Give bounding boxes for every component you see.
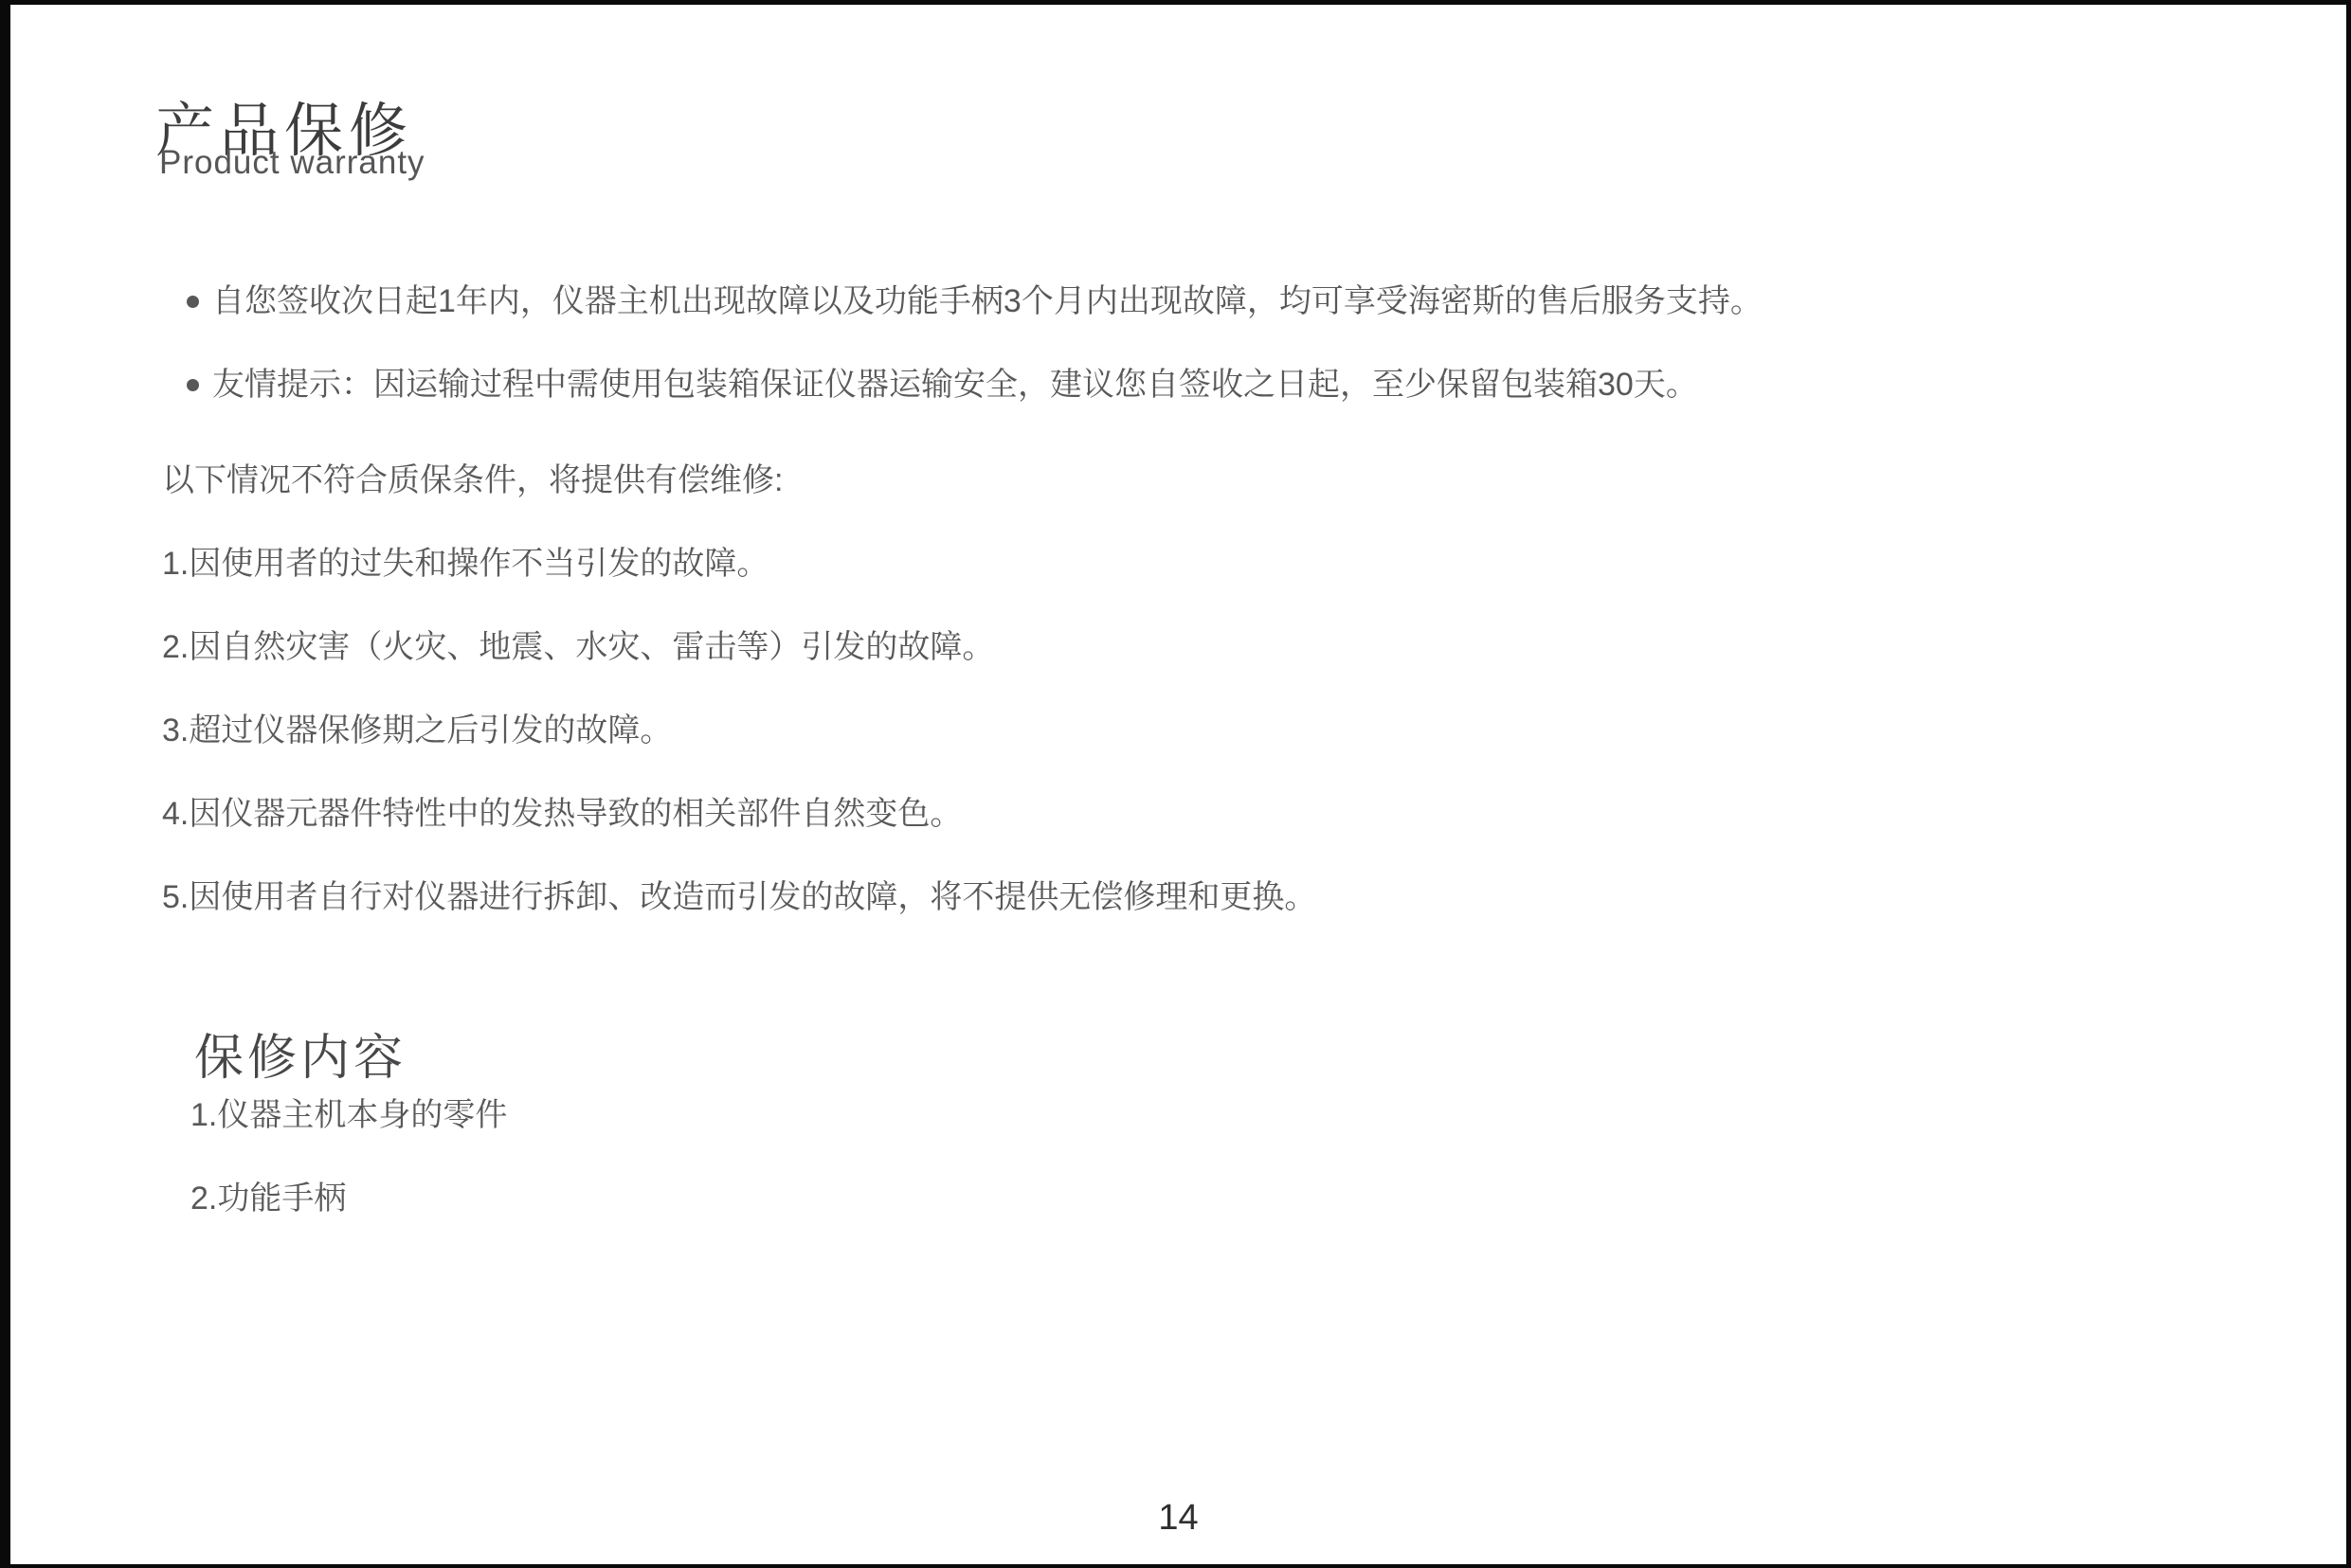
paid-repair-item: 1.因使用者的过失和操作不当引发的故障。 [162,545,769,583]
warranty-content-item: 1.仪器主机本身的零件 [190,1096,507,1134]
page-subtitle: Product warranty [159,143,425,183]
paid-repair-item: 4.因仪器元器件特性中的发热导致的相关部件自然变色。 [162,795,962,833]
bullet-item-text: 友情提示：因运输过程中需使用包装箱保证仪器运输安全，建议您自签收之日起，至少保留… [212,366,1698,404]
bullet-dot-icon [187,379,199,391]
paid-repair-item: 2.因自然灾害（火灾、地震、水灾、雷击等）引发的故障。 [162,628,994,666]
bullet-item-text: 自您签收次日起1年内，仪器主机出现故障以及功能手柄3个月内出现故障，均可享受海密… [212,282,1763,320]
bullet-dot-icon [187,296,199,308]
warranty-content-heading: 保修内容 [194,1029,407,1088]
paid-repair-item: 5.因使用者自行对仪器进行拆卸、改造而引发的故障，将不提供无偿修理和更换。 [162,878,1316,916]
page-number: 14 [10,1498,2346,1539]
warranty-content-item: 2.功能手柄 [190,1180,346,1217]
paid-repair-item: 3.超过仪器保修期之后引发的故障。 [162,712,672,749]
bullet-item: 自您签收次日起1年内，仪器主机出现故障以及功能手柄3个月内出现故障，均可享受海密… [187,282,1763,320]
bullet-item: 友情提示：因运输过程中需使用包装箱保证仪器运输安全，建议您自签收之日起，至少保留… [187,366,1698,404]
paid-repair-intro: 以下情况不符合质保条件，将提供有偿维修: [162,461,783,499]
document-page: 产品保修 Product warranty 自您签收次日起1年内，仪器主机出现故… [0,0,2351,1568]
